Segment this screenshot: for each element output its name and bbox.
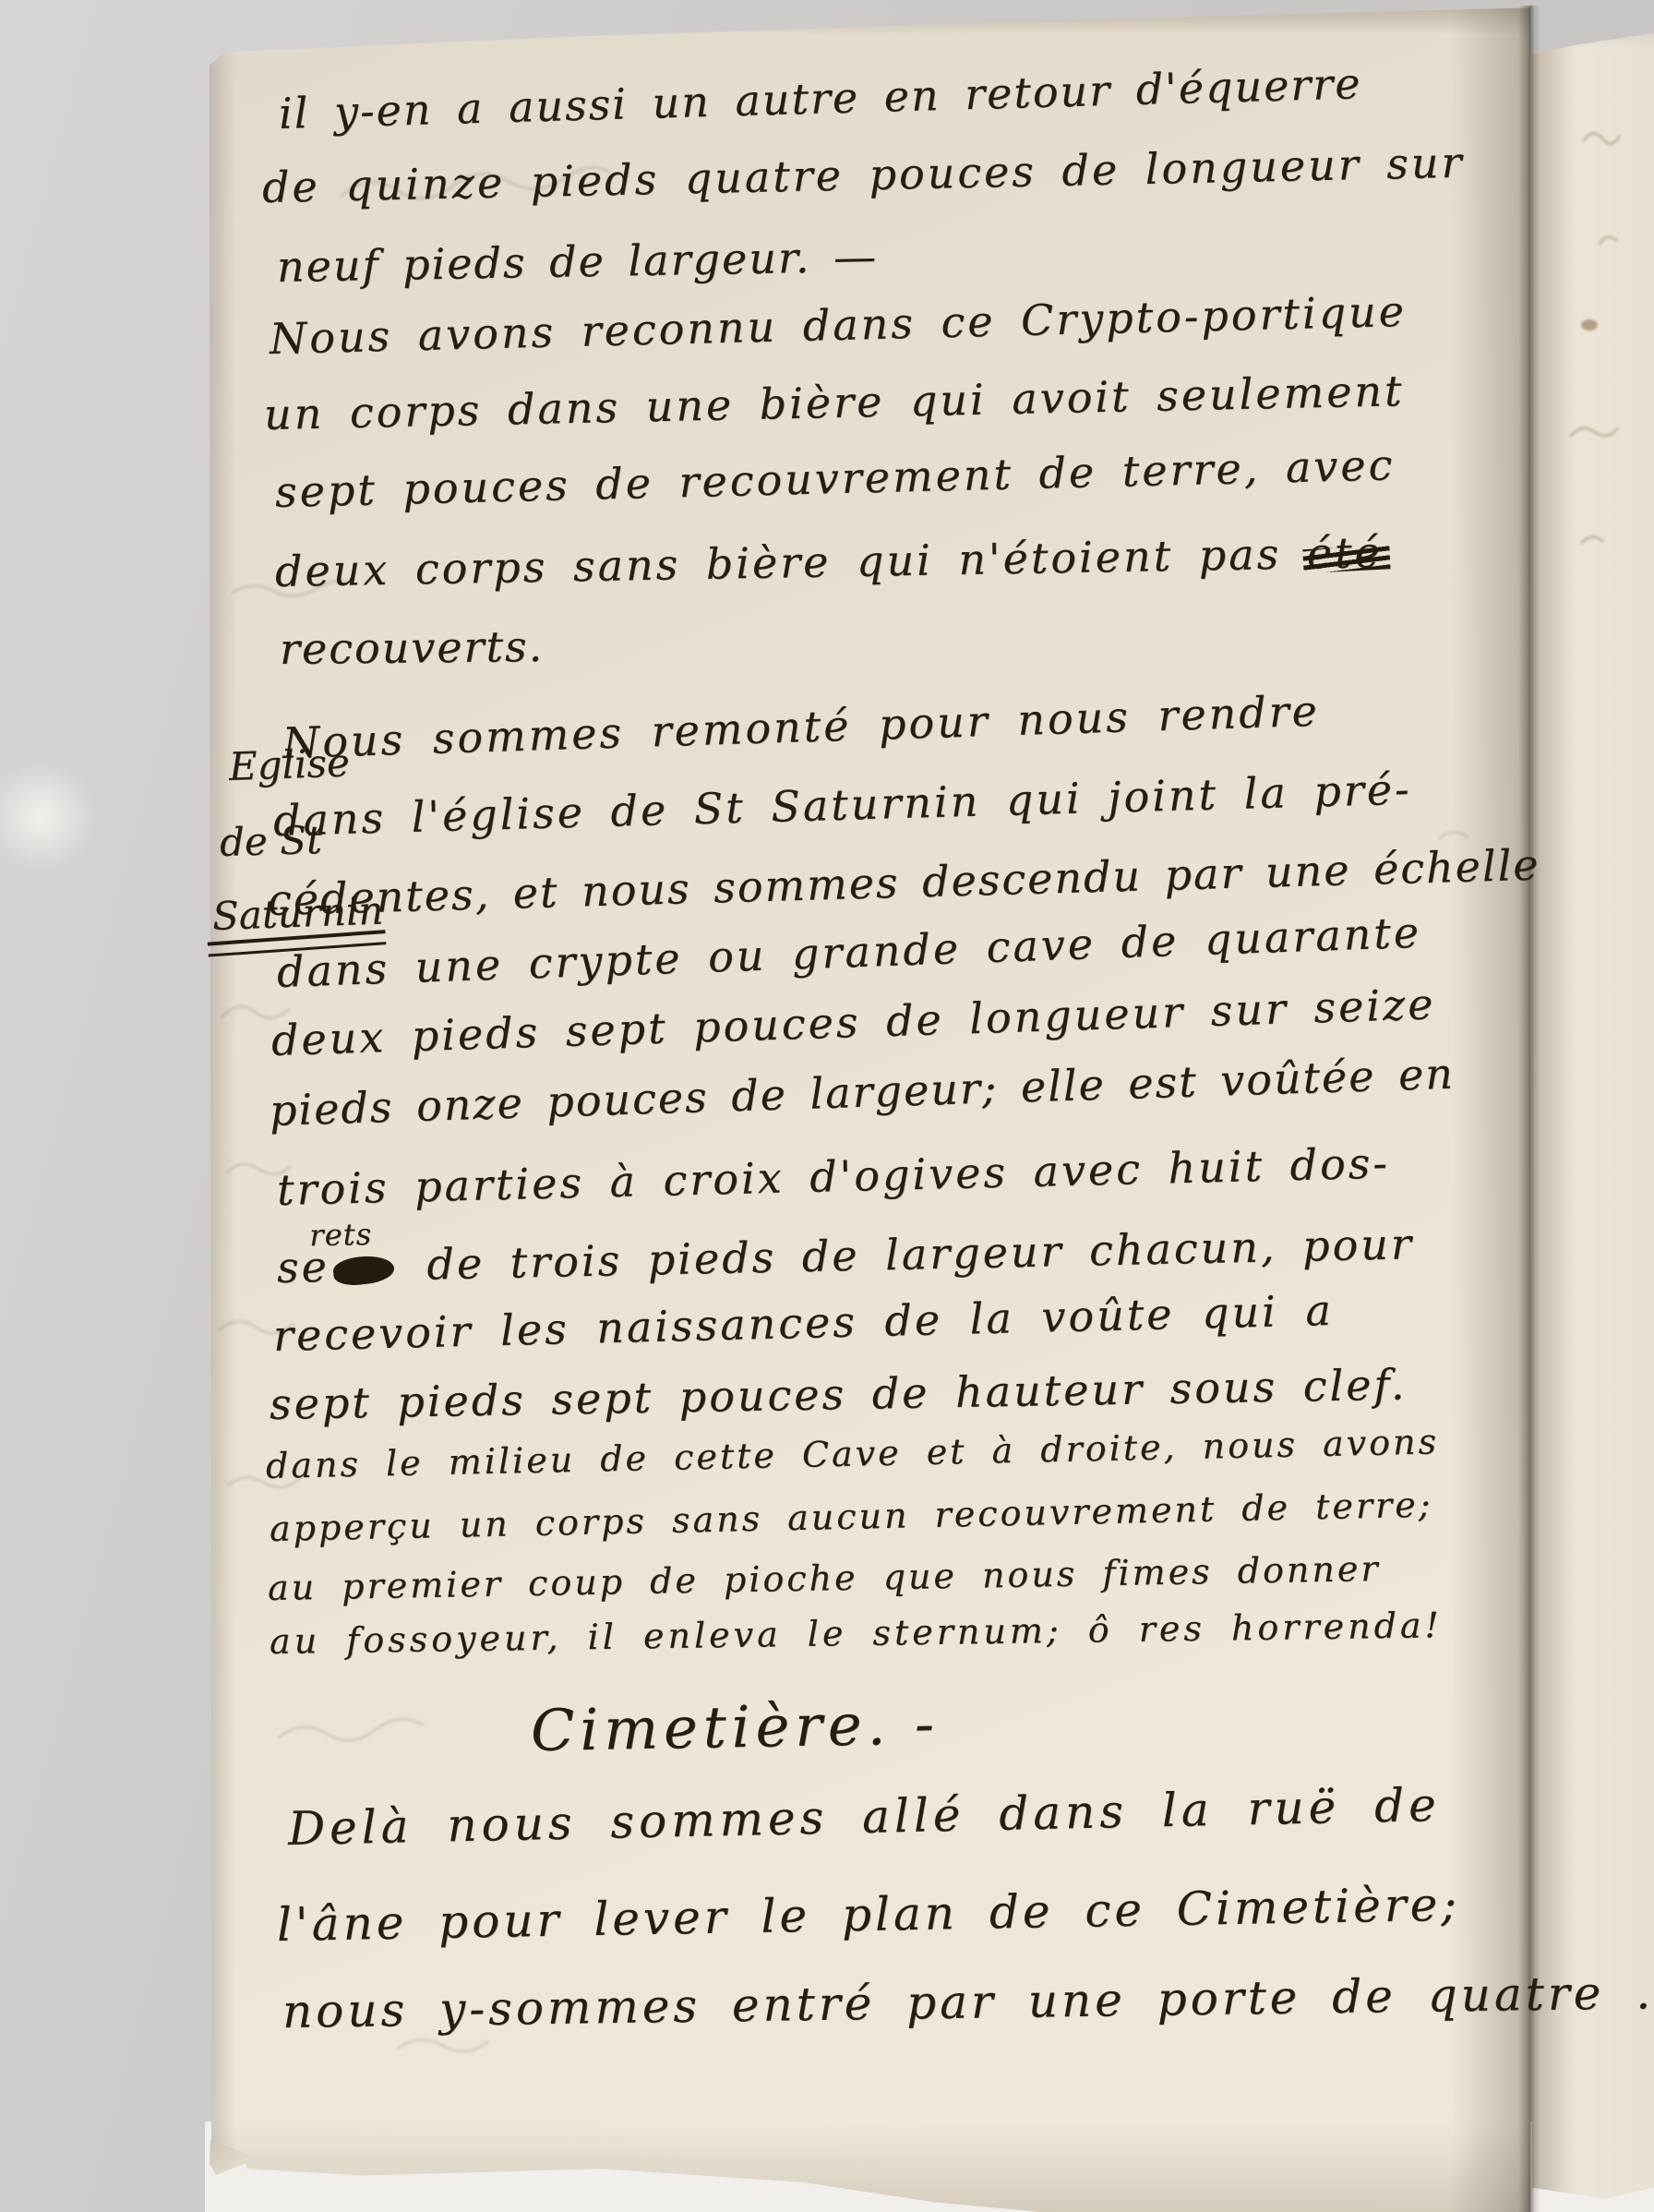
inserted-word-above-line: rets bbox=[309, 1217, 373, 1253]
inline-correction: serets bbox=[276, 1240, 402, 1292]
ink-blot bbox=[332, 1254, 396, 1288]
photo-background: { "manuscript": { "description": "Handwr… bbox=[0, 0, 1654, 2212]
lens-smudge bbox=[0, 757, 92, 877]
manuscript-line: neuf pieds de largeur. — bbox=[277, 232, 879, 292]
section-heading: Cimetière. - bbox=[530, 1689, 940, 1764]
facing-page-edge bbox=[1532, 0, 1654, 2212]
manuscript-line: recouverts. bbox=[280, 621, 545, 674]
struck-out-word: été bbox=[1306, 527, 1383, 578]
